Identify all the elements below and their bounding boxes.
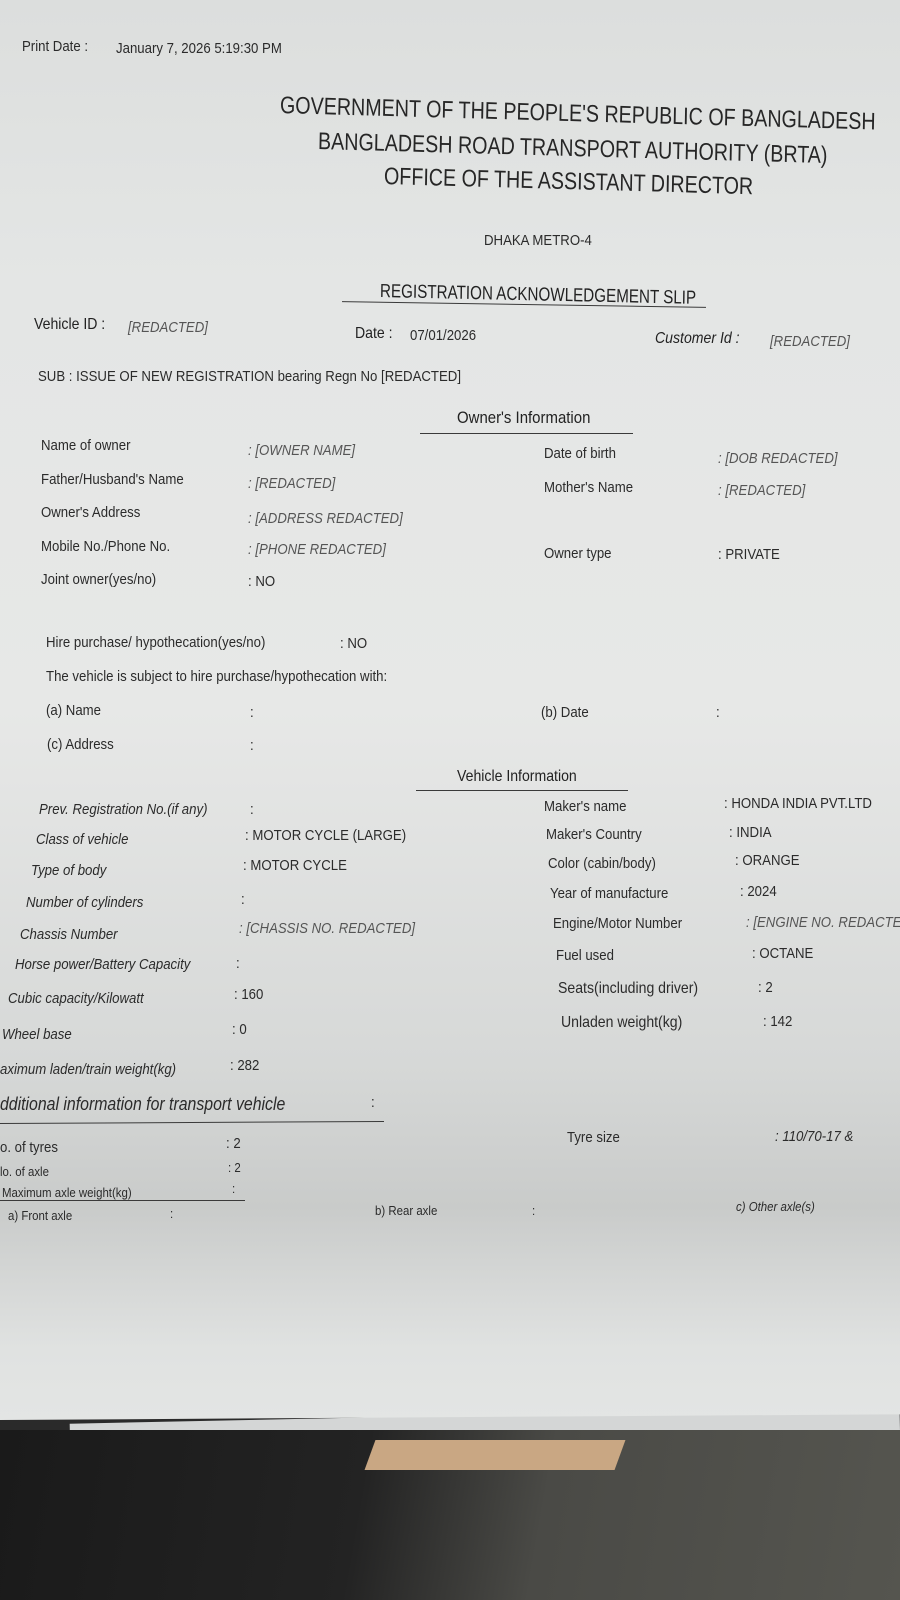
axle-count-label: lo. of axle [0, 1164, 49, 1179]
customer-id-value: [REDACTED] [770, 333, 850, 350]
cylinders-value: : [241, 891, 245, 908]
max-laden-label: aximum laden/train weight(kg) [0, 1061, 176, 1078]
hire-purchase-value: : NO [340, 635, 367, 652]
maker-value: : HONDA INDIA PVT.LTD [724, 795, 872, 812]
header-office: OFFICE OF THE ASSISTANT DIRECTOR [384, 163, 754, 201]
class-label: Class of vehicle [36, 831, 128, 848]
transport-section-colon: : [371, 1094, 375, 1111]
max-axle-value: : [232, 1181, 235, 1196]
vehicle-section-underline [416, 790, 628, 791]
vehicle-id-value: [REDACTED] [128, 319, 208, 336]
transport-section-underline [0, 1121, 384, 1124]
dob-value: : [DOB REDACTED] [718, 450, 838, 467]
color-label: Color (cabin/body) [548, 855, 656, 872]
country-value: : INDIA [729, 824, 772, 841]
owner-type-value: : PRIVATE [718, 546, 780, 563]
fuel-label: Fuel used [556, 947, 614, 964]
horsepower-value: : [236, 955, 240, 972]
max-axle-underline [0, 1200, 245, 1201]
print-date-label: Print Date : [22, 38, 88, 55]
cc-label: Cubic capacity/Kilowatt [8, 990, 144, 1007]
cylinders-label: Number of cylinders [26, 894, 143, 911]
year-label: Year of manufacture [550, 885, 668, 902]
engine-value: : [ENGINE NO. REDACTED] [746, 914, 900, 931]
joint-owner-value: : NO [248, 573, 275, 590]
subject-line: SUB : ISSUE OF NEW REGISTRATION bearing … [38, 368, 461, 385]
date-value: 07/01/2026 [410, 327, 476, 344]
hp-address-colon: : [250, 737, 254, 754]
father-name-value: : [REDACTED] [248, 475, 335, 492]
print-date-value: January 7, 2026 5:19:30 PM [116, 40, 282, 57]
tyre-size-label: Tyre size [567, 1129, 620, 1146]
wheelbase-label: Wheel base [2, 1026, 72, 1043]
customer-id-label: Customer Id : [655, 330, 740, 348]
tyre-size-value: : 110/70-17 & [775, 1128, 853, 1145]
unladen-label: Unladen weight(kg) [561, 1014, 682, 1032]
body-type-value: : MOTOR CYCLE [243, 857, 347, 874]
background-object [365, 1440, 626, 1470]
owner-name-label: Name of owner [41, 437, 131, 454]
mobile-label: Mobile No./Phone No. [41, 538, 170, 555]
chassis-value: : [CHASSIS NO. REDACTED] [239, 920, 415, 937]
owner-name-value: : [OWNER NAME] [248, 442, 355, 459]
tyres-value: : 2 [226, 1135, 241, 1152]
wheelbase-value: : 0 [232, 1021, 247, 1038]
owner-section-title: Owner's Information [457, 408, 590, 428]
father-name-label: Father/Husband's Name [41, 471, 184, 488]
axle-count-value: : 2 [228, 1160, 241, 1175]
owner-section-underline [420, 433, 633, 434]
mobile-value: : [PHONE REDACTED] [248, 541, 386, 558]
front-axle-label: a) Front axle [8, 1208, 72, 1223]
hp-name-label: (a) Name [46, 702, 101, 719]
cc-value: : 160 [234, 986, 263, 1003]
date-label: Date : [355, 325, 393, 343]
owner-type-label: Owner type [544, 545, 611, 562]
engine-label: Engine/Motor Number [553, 915, 682, 932]
other-axle-label: c) Other axle(s) [736, 1199, 815, 1214]
year-value: : 2024 [740, 883, 777, 900]
color-value: : ORANGE [735, 852, 800, 869]
horsepower-label: Horse power/Battery Capacity [15, 956, 190, 973]
chassis-label: Chassis Number [20, 926, 118, 943]
owner-address-value: : [ADDRESS REDACTED] [248, 510, 403, 527]
tyres-label: o. of tyres [0, 1139, 58, 1156]
fuel-value: : OCTANE [752, 945, 813, 962]
header-circle: DHAKA METRO-4 [484, 232, 592, 249]
owner-address-label: Owner's Address [41, 504, 140, 521]
registration-slip-document: Print Date : January 7, 2026 5:19:30 PM … [0, 0, 900, 1420]
country-label: Maker's Country [546, 826, 642, 843]
mother-name-label: Mother's Name [544, 479, 633, 496]
hp-name-colon: : [250, 704, 254, 721]
hp-address-label: (c) Address [47, 736, 114, 753]
rear-axle-label: b) Rear axle [375, 1203, 437, 1218]
prev-reg-value: : [250, 801, 254, 818]
max-axle-label: Maximum axle weight(kg) [2, 1185, 132, 1200]
hire-purchase-label: Hire purchase/ hypothecation(yes/no) [46, 634, 265, 651]
rear-axle-value: : [532, 1203, 535, 1218]
vehicle-id-label: Vehicle ID : [34, 316, 105, 334]
dob-label: Date of birth [544, 445, 616, 462]
transport-section-title: dditional information for transport vehi… [0, 1094, 285, 1115]
hire-subject-text: The vehicle is subject to hire purchase/… [46, 668, 387, 685]
maker-label: Maker's name [544, 798, 626, 815]
max-laden-value: : 282 [230, 1057, 259, 1074]
hp-date-label: (b) Date [541, 704, 589, 721]
vehicle-section-title: Vehicle Information [457, 768, 577, 786]
hp-date-colon: : [716, 704, 720, 721]
front-axle-value: : [170, 1206, 173, 1221]
joint-owner-label: Joint owner(yes/no) [41, 571, 156, 588]
body-type-label: Type of body [31, 862, 106, 879]
class-value: : MOTOR CYCLE (LARGE) [245, 827, 406, 844]
seats-value: : 2 [758, 979, 773, 996]
unladen-value: : 142 [763, 1013, 792, 1030]
prev-reg-label: Prev. Registration No.(if any) [39, 801, 207, 818]
mother-name-value: : [REDACTED] [718, 482, 805, 499]
seats-label: Seats(including driver) [558, 980, 698, 998]
